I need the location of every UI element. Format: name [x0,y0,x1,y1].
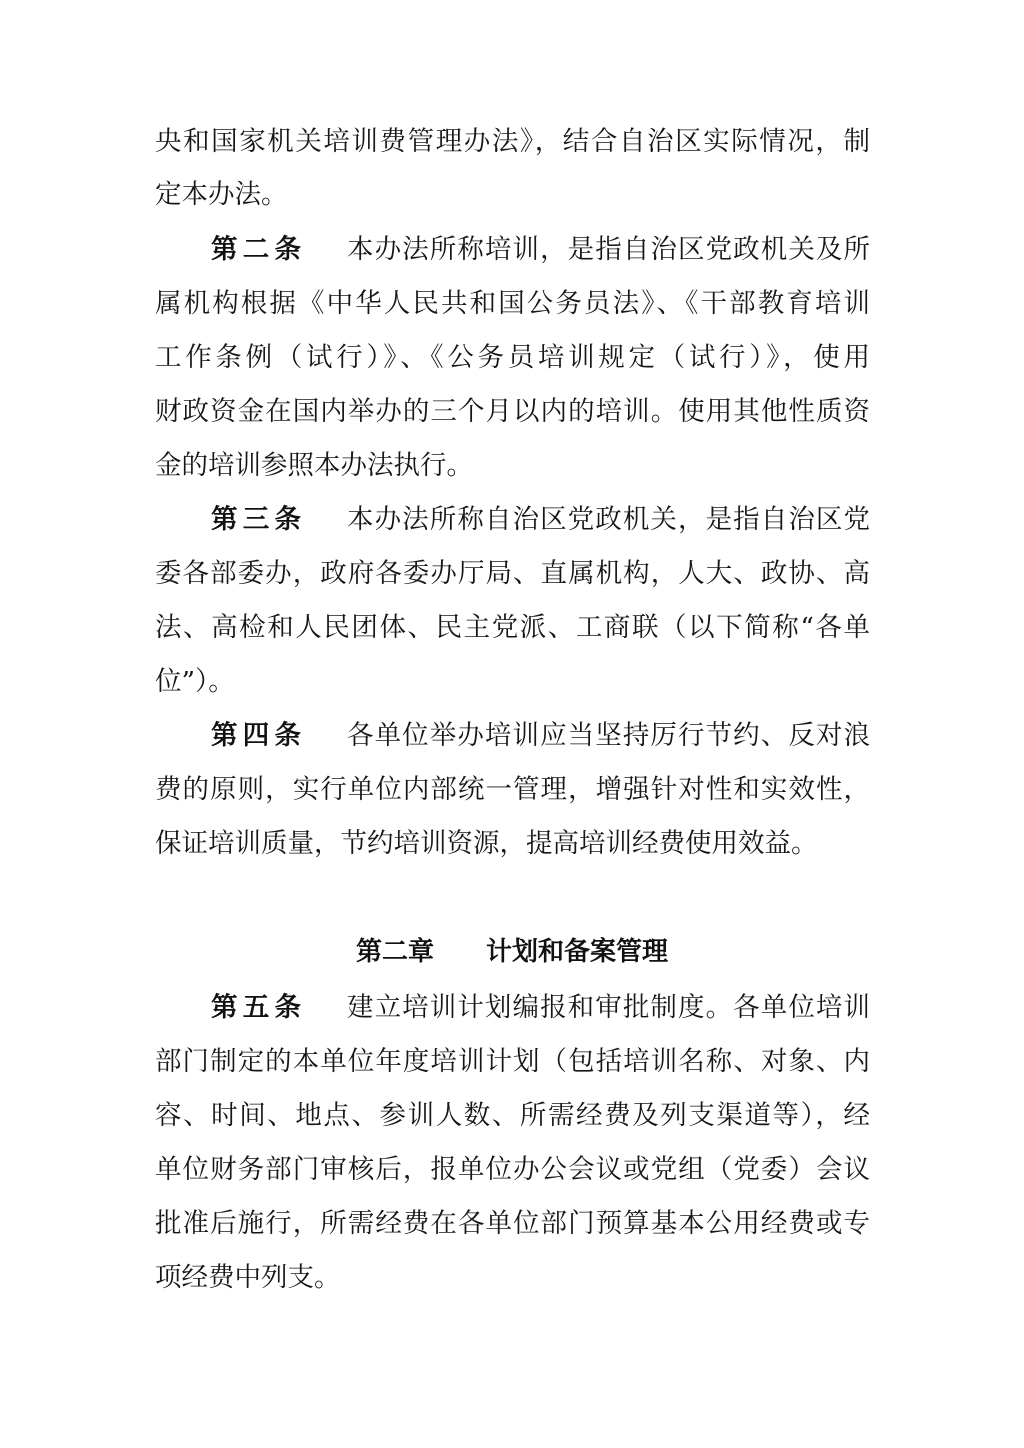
chapter-heading: 第二章计划和备案管理 [0,930,1024,974]
text-line: 属机构根据《中华人民共和国公务员法》、《干部教育培训 [155,284,870,324]
text-line: 部门制定的本单位年度培训计划（包括培训名称、对象、内 [155,1042,870,1082]
article-label: 第五条 [211,988,301,1028]
text-line: 央和国家机关培训费管理办法》，结合自治区实际情况，制 [155,122,870,162]
article-first-line: 建立培训计划编报和审批制度。各单位培训 [347,988,870,1028]
article-label: 第二条 [211,230,301,270]
chapter-title: 计划和备案管理 [486,937,668,967]
article-first-line: 本办法所称培训，是指自治区党政机关及所 [347,230,870,270]
text-line: 单位财务部门审核后，报单位办公会议或党组（党委）会议 [155,1150,870,1190]
text-line: 容、时间、地点、参训人数、所需经费及列支渠道等），经 [155,1096,870,1136]
text-line: 财政资金在国内举办的三个月以内的培训。使用其他性质资 [155,392,870,432]
article-label: 第四条 [211,716,301,756]
text-line: 项经费中列支。 [155,1258,870,1298]
text-line: 批准后施行，所需经费在各单位部门预算基本公用经费或专 [155,1204,870,1244]
text-line: 委各部委办，政府各委办厅局、直属机构，人大、政协、高 [155,554,870,594]
text-line: 工作条例（试行）》、《公务员培训规定（试行）》，使用 [155,338,870,378]
document-page: 央和国家机关培训费管理办法》，结合自治区实际情况，制 定本办法。 第二条 本办法… [0,0,1024,1448]
text-line: 金的培训参照本办法执行。 [155,446,870,486]
text-line: 定本办法。 [155,175,870,215]
text-line: 费的原则，实行单位内部统一管理，增强针对性和实效性， [155,770,870,810]
article-first-line: 各单位举办培训应当坚持厉行节约、反对浪 [347,716,870,756]
text-line: 法、高检和人民团体、民主党派、工商联（以下简称“各单 [155,608,870,648]
article-first-line: 本办法所称自治区党政机关，是指自治区党 [347,500,870,540]
article-label: 第三条 [211,500,301,540]
text-line: 保证培训质量，节约培训资源，提高培训经费使用效益。 [155,824,870,864]
text-line: 位”）。 [155,662,870,702]
chapter-number: 第二章 [356,937,434,967]
